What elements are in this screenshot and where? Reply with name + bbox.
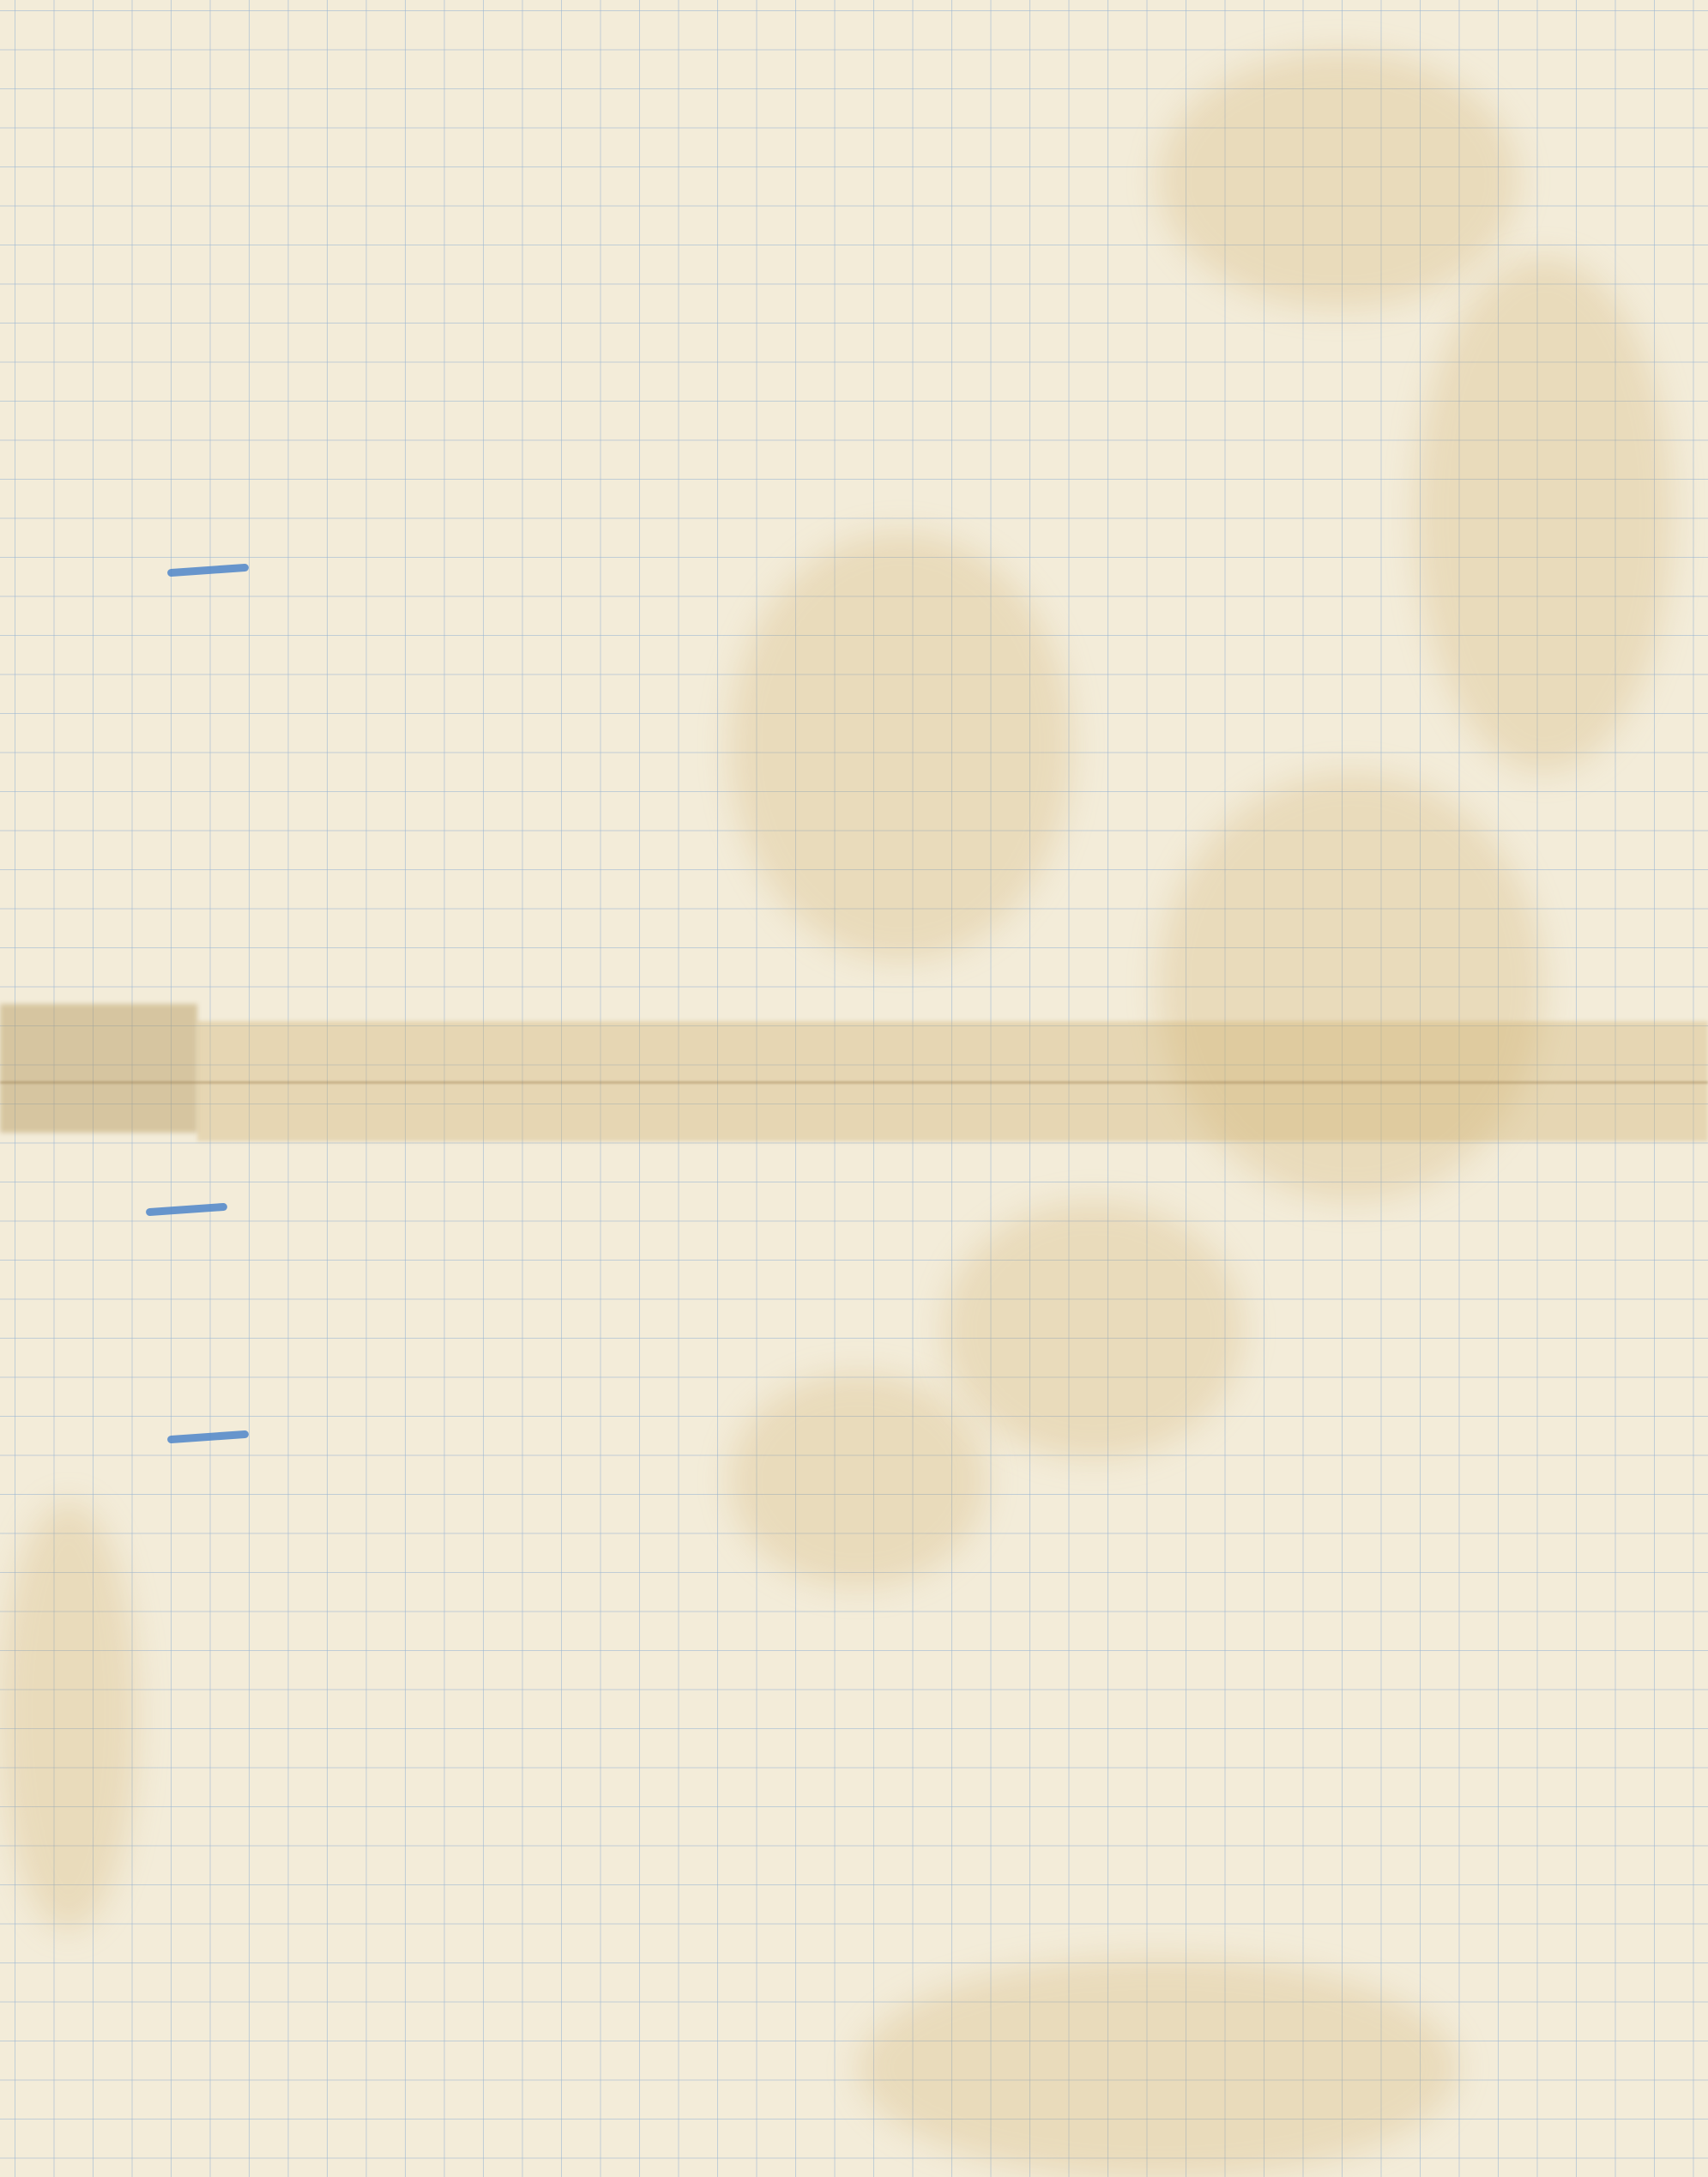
paper-stain — [729, 532, 1072, 961]
paper-stain — [944, 1201, 1244, 1459]
paper-stain — [1158, 51, 1518, 309]
paper-fold — [0, 1081, 1708, 1084]
paper-stain — [1415, 257, 1673, 772]
blue-pencil-mark — [167, 1430, 249, 1444]
blue-pencil-mark — [146, 1203, 227, 1217]
paper-stain — [729, 1373, 987, 1587]
blue-pencil-mark — [167, 564, 249, 578]
paper-stain — [0, 1502, 137, 1931]
tape-residue — [0, 1004, 197, 1133]
paper-stain — [858, 1956, 1458, 2177]
